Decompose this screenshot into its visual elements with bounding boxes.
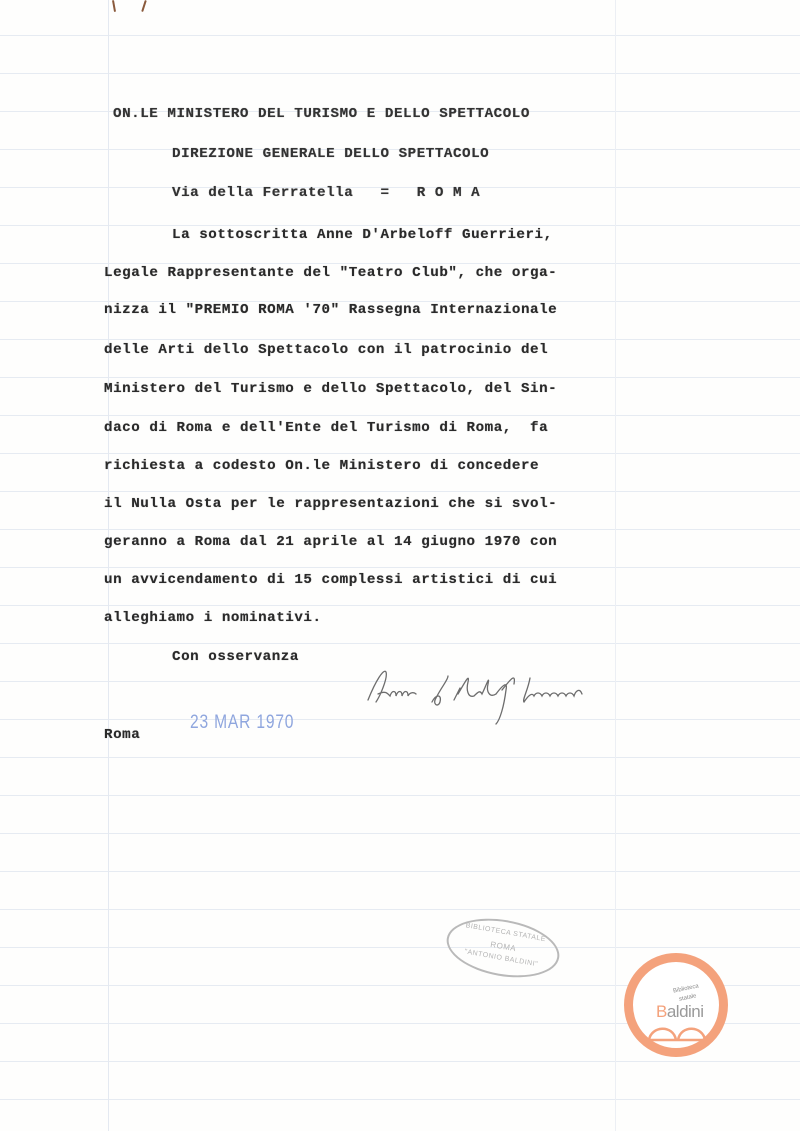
date-stamp: 23 MAR 1970 xyxy=(190,712,294,734)
body-line: un avvicendamento di 15 complessi artist… xyxy=(104,572,557,588)
open-book-icon xyxy=(647,1022,707,1042)
body-line: daco di Roma e dell'Ente del Turismo di … xyxy=(104,420,548,436)
corner-ink-mark xyxy=(113,0,153,14)
body-line: il Nulla Osta per le rappresentazioni ch… xyxy=(104,496,557,512)
handwritten-signature xyxy=(362,660,612,730)
body-line: geranno a Roma dal 21 aprile al 14 giugn… xyxy=(104,534,557,550)
body-line: richiesta a codesto On.le Ministero di c… xyxy=(104,458,539,474)
addressee-line-1: ON.LE MINISTERO DEL TURISMO E DELLO SPET… xyxy=(113,106,530,122)
body-line: Legale Rappresentante del "Teatro Club",… xyxy=(104,265,557,281)
body-line: Ministero del Turismo e dello Spettacolo… xyxy=(104,381,557,397)
body-line: nizza il "PREMIO ROMA '70" Rassegna Inte… xyxy=(104,302,557,318)
body-line: delle Arti dello Spettacolo con il patro… xyxy=(104,342,548,358)
addressee-line-3: Via della Ferratella = R O M A xyxy=(172,185,480,201)
body-line: La sottoscritta Anne D'Arbeloff Guerrier… xyxy=(172,227,553,243)
addressee-line-2: DIREZIONE GENERALE DELLO SPETTACOLO xyxy=(172,146,489,162)
logo-brand: Baldini xyxy=(656,1002,704,1022)
margin-line-right xyxy=(615,0,616,1131)
body-line: alleghiamo i nominativi. xyxy=(104,610,322,626)
place: Roma xyxy=(104,727,140,743)
margin-line-left xyxy=(108,0,109,1131)
library-logo: Biblioteca statale Baldini xyxy=(624,953,728,1057)
closing: Con osservanza xyxy=(172,649,299,665)
